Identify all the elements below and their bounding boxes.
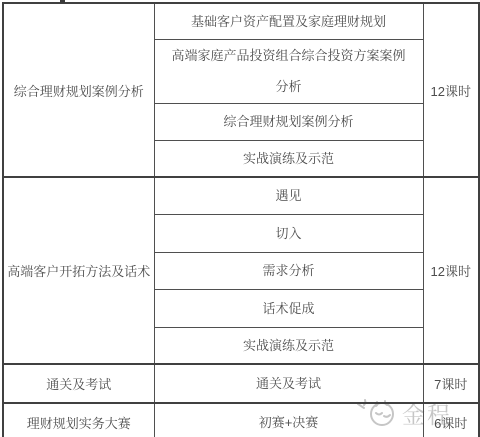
scan-artifact-tick <box>60 0 65 3</box>
curriculum-table-screenshot: 综合理财规划案例分析 基础客户资产配置及家庭理财规划 12课时 高端家庭产品投资… <box>0 0 480 437</box>
hours-cell: 7课时 <box>423 364 479 403</box>
course-item-cell: 初赛+决赛 <box>154 403 423 437</box>
course-item-cell: 通关及考试 <box>154 364 423 403</box>
curriculum-table: 综合理财规划案例分析 基础客户资产配置及家庭理财规划 12课时 高端家庭产品投资… <box>2 2 480 437</box>
course-item-cell: 高端家庭产品投资组合综合投资方案案例分析 <box>154 39 423 103</box>
category-cell: 综合理财规划案例分析 <box>3 3 154 177</box>
hours-cell: 6课时 <box>423 403 479 437</box>
category-cell: 高端客户开拓方法及话术 <box>3 177 154 364</box>
course-item-cell: 话术促成 <box>154 289 423 327</box>
category-cell: 通关及考试 <box>3 364 154 403</box>
hours-cell: 12课时 <box>423 3 479 177</box>
course-item-cell: 需求分析 <box>154 252 423 289</box>
hours-cell: 12课时 <box>423 177 479 364</box>
category-cell: 理财规划实务大赛 <box>3 403 154 437</box>
course-item-cell: 遇见 <box>154 177 423 214</box>
course-item-cell: 实战演练及示范 <box>154 327 423 364</box>
course-item-cell: 实战演练及示范 <box>154 140 423 177</box>
course-item-cell: 基础客户资产配置及家庭理财规划 <box>154 3 423 39</box>
course-item-cell: 切入 <box>154 214 423 252</box>
course-item-cell: 综合理财规划案例分析 <box>154 103 423 140</box>
